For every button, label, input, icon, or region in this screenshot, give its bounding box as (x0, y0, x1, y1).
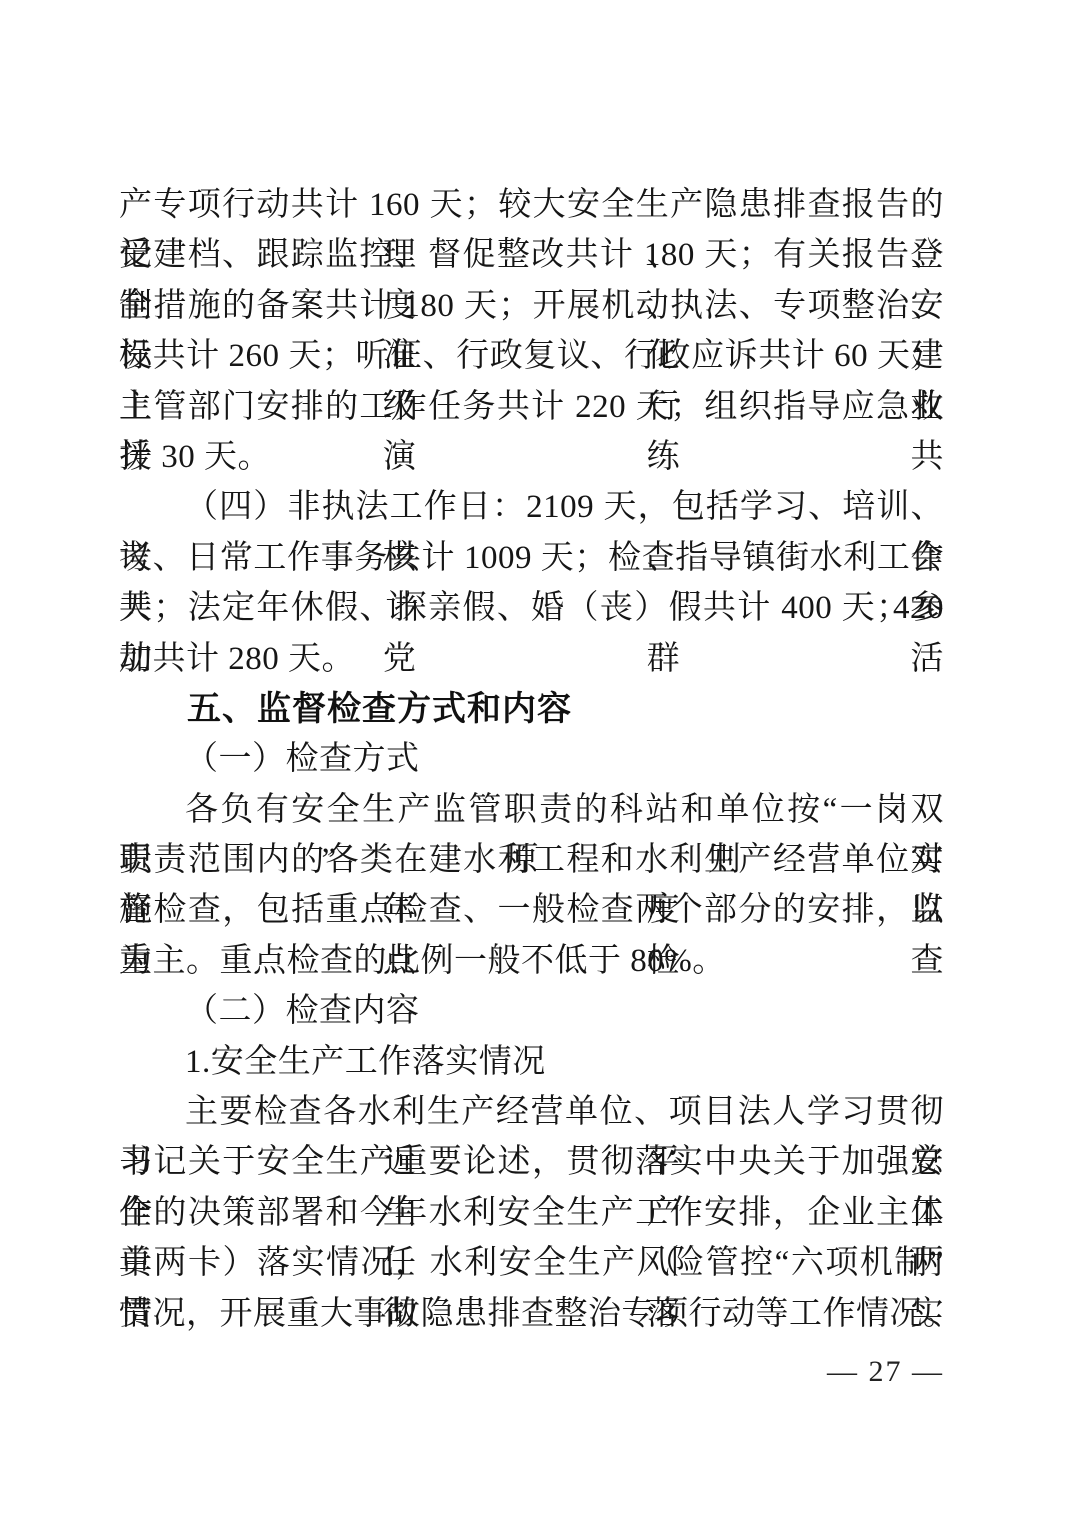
text-line: 天；法定年休假、探亲假、婚（丧）假共计 400 天；参加党群活 (119, 583, 944, 633)
text-line: 单两卡）落实情况，水利安全生产风险管控“六项机制”贯彻落实 (119, 1238, 944, 1288)
text-line: 书记关于安全生产重要论述，贯彻落实中央关于加强安全生产工 (119, 1137, 944, 1187)
paragraph-non-enforcement-days: （四）非执法工作日：2109 天，包括学习、培训、考核、会 议、日常工作事务共计… (119, 482, 944, 684)
paragraph-inspection-method: 各负有安全生产监管职责的科站和单位按“一岗双责”原则对 职责范围内的各类在建水利… (119, 785, 944, 987)
text-line: 记建档、跟踪监控、督促整改共计 180 天；有关报告、制度、安 (119, 230, 944, 280)
document-body: 产专项行动共计 160 天；较大安全生产隐患排查报告的受理、登 记建档、跟踪监控… (119, 180, 944, 1339)
paragraph-enforcement-days-continuation: 产专项行动共计 160 天；较大安全生产隐患排查报告的受理、登 记建档、跟踪监控… (119, 180, 944, 482)
text-line: 职责范围内的各类在建水利工程和水利生产经营单位实施年度监 (119, 835, 944, 885)
text-line: 情况，开展重大事故隐患排查整治专项行动等工作情况。 (119, 1289, 944, 1339)
text-line: 主管部门安排的工作任务共计 220 天；组织指导应急救援演练共 (119, 382, 944, 432)
paragraph-work-implementation: 主要检查各水利生产经营单位、项目法人学习贯彻习近平总 书记关于安全生产重要论述，… (119, 1087, 944, 1339)
section-heading-supervision-methods: 五、监督检查方式和内容 (119, 684, 944, 734)
document-page: 产专项行动共计 160 天；较大安全生产隐患排查报告的受理、登 记建档、跟踪监控… (0, 0, 1074, 1520)
text-line: 全措施的备案共计 180 天；开展机动执法、专项整治、标准化建 (119, 281, 944, 331)
text-line: 督检查，包括重点检查、一般检查两个部分的安排，以重点检查 (119, 885, 944, 935)
item-heading-work-implementation: 1.安全生产工作落实情况 (119, 1037, 944, 1087)
subsection-heading-inspection-method: （一）检查方式 (119, 734, 944, 784)
subsection-heading-inspection-content: （二）检查内容 (119, 986, 944, 1036)
text-line: 设共计 260 天；听证、行政复议、行政应诉共计 60 天；上级行业 (119, 331, 944, 381)
text-line: 主要检查各水利生产经营单位、项目法人学习贯彻习近平总 (119, 1087, 944, 1137)
page-number: — 27 — (119, 1347, 944, 1397)
text-line: 作的决策部署和今年水利安全生产工作安排，企业主体责任（两 (119, 1188, 944, 1238)
text-line: 议、日常工作事务共计 1009 天；检查指导镇街水利工作共计 420 (119, 533, 944, 583)
text-line: 产专项行动共计 160 天；较大安全生产隐患排查报告的受理、登 (119, 180, 944, 230)
text-line: （四）非执法工作日：2109 天，包括学习、培训、考核、会 (119, 482, 944, 532)
text-line: 各负有安全生产监管职责的科站和单位按“一岗双责”原则对 (119, 785, 944, 835)
